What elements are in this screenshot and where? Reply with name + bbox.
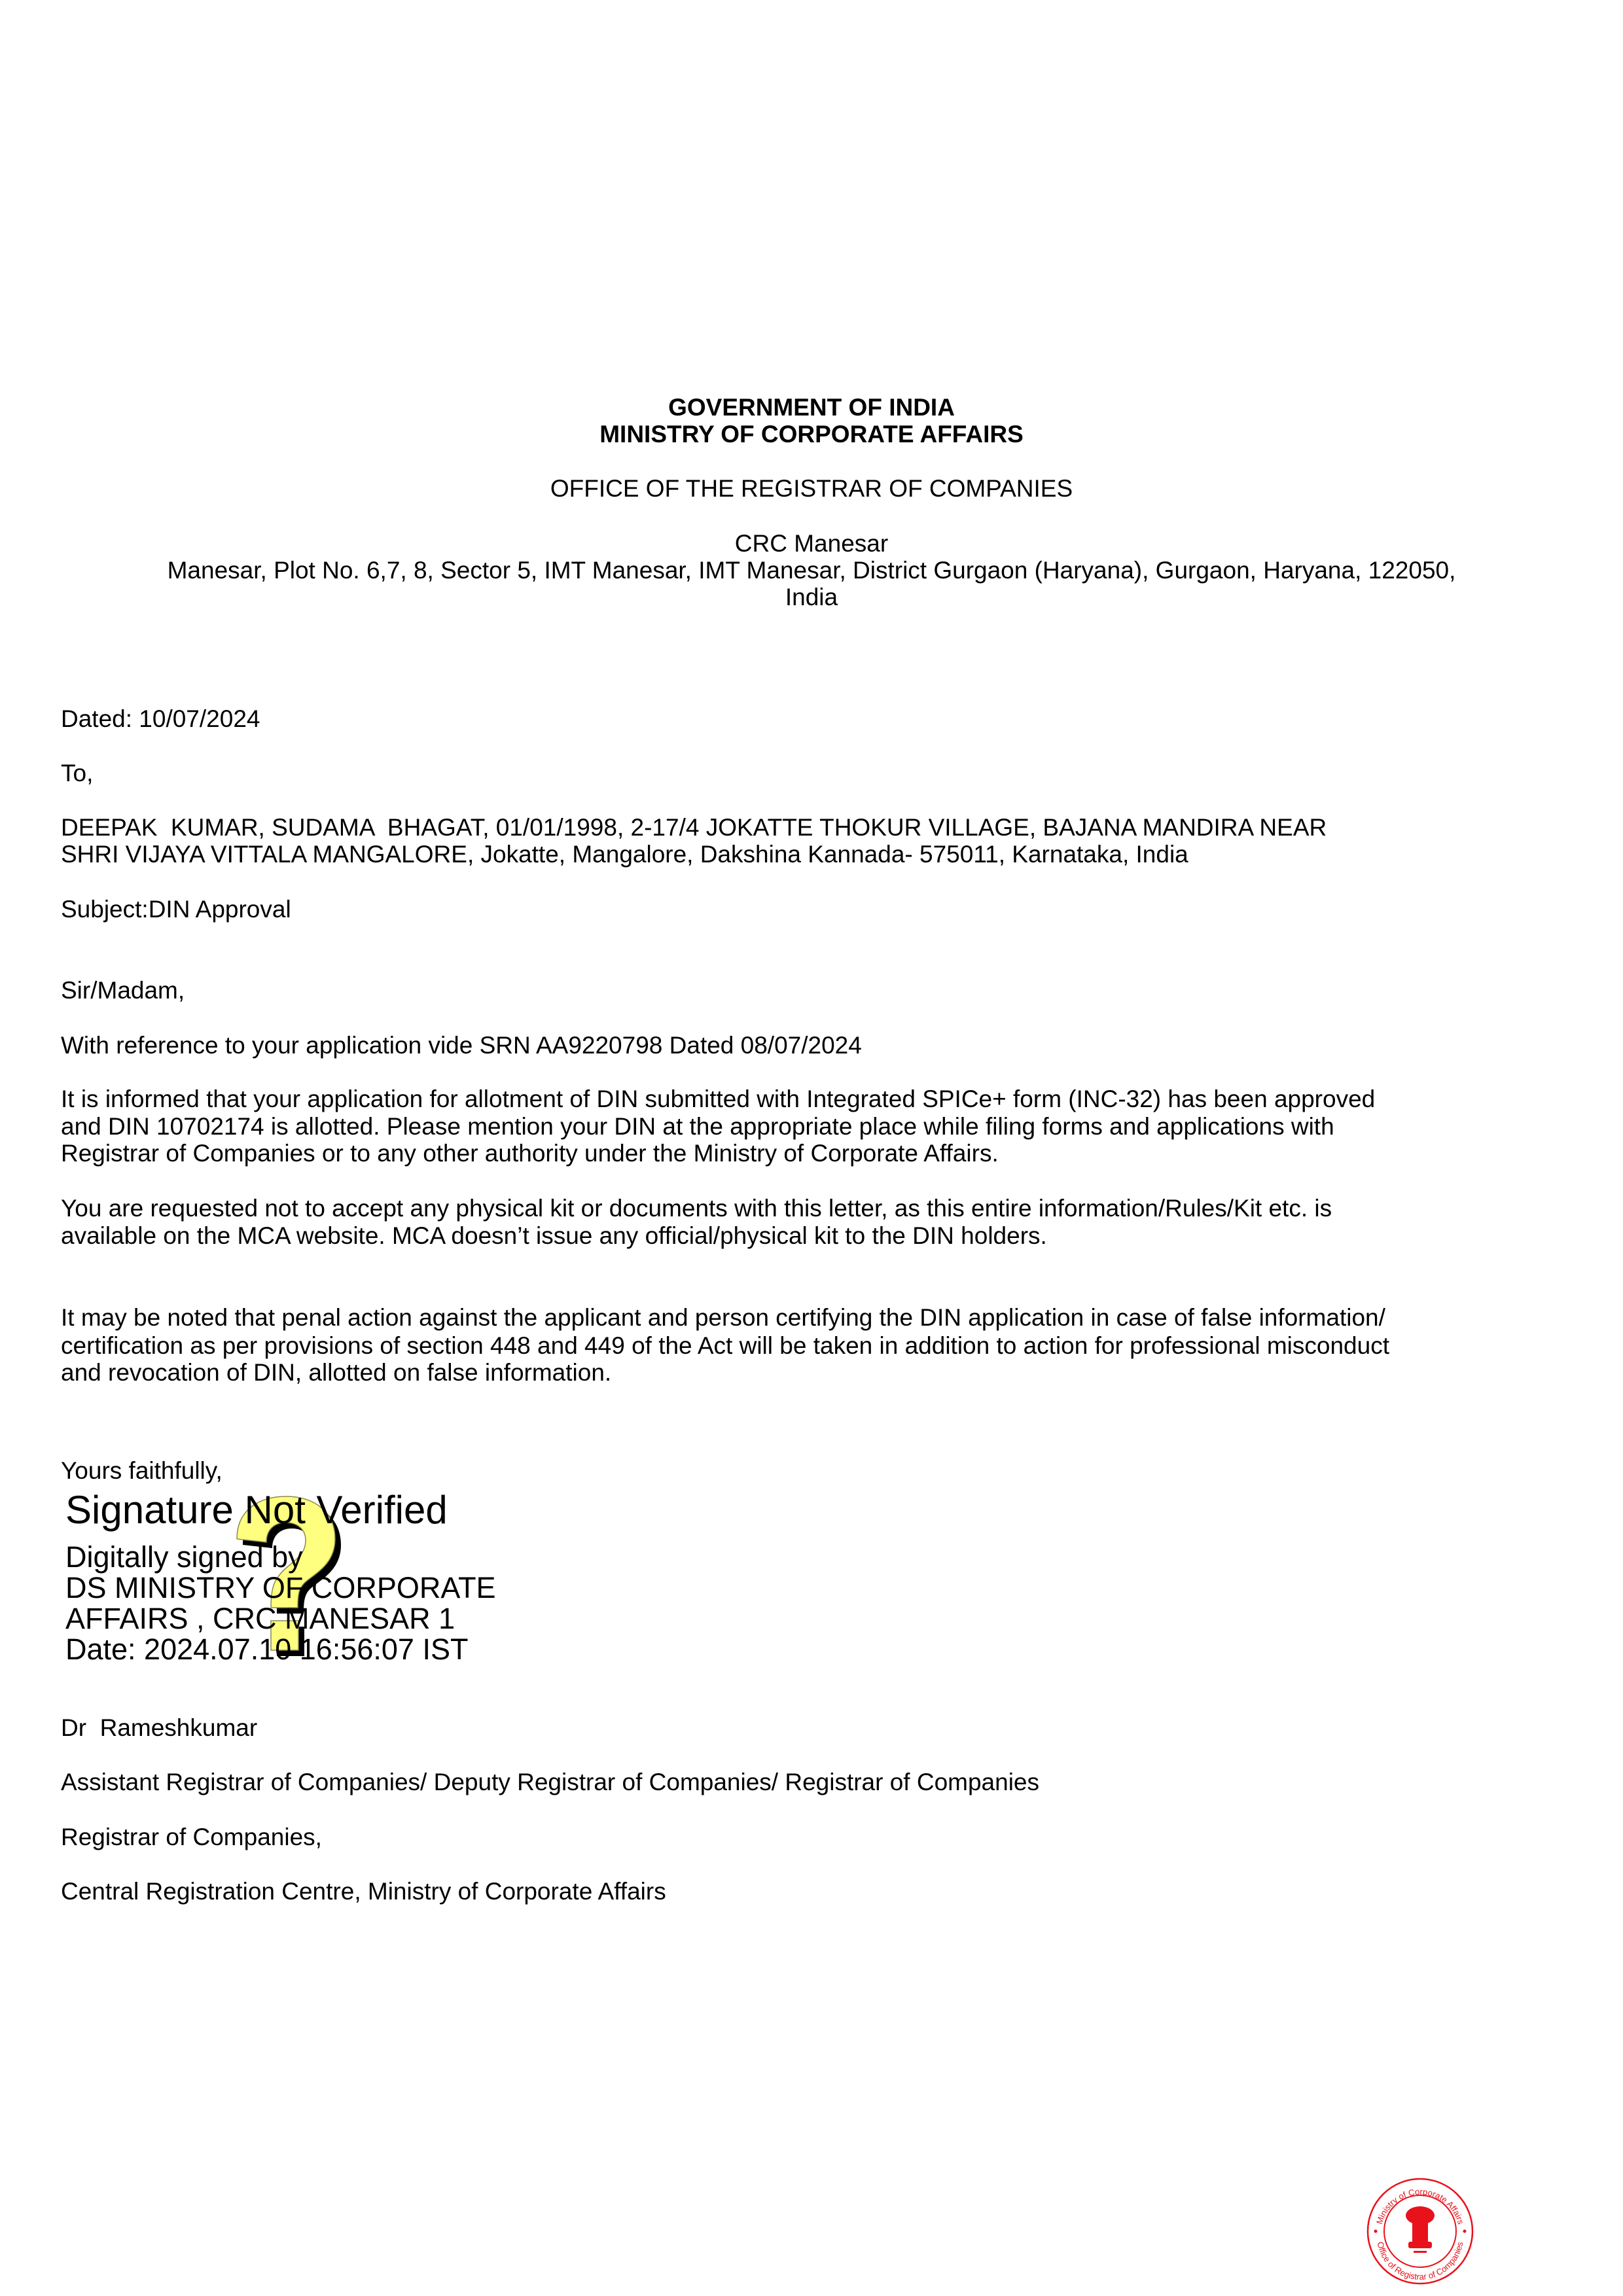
recipient-line-1: DEEPAK KUMAR, SUDAMA BHAGAT, 01/01/1998,… — [61, 815, 1327, 839]
letter-subject: Subject:DIN Approval — [61, 897, 291, 921]
signature-detail-4: Date: 2024.07.10 16:56:07 IST — [65, 1634, 468, 1664]
penal-line-2: certification as per provisions of secti… — [61, 1333, 1389, 1358]
kit-line-2: available on the MCA website. MCA doesn’… — [61, 1224, 1047, 1248]
signatory-office: Registrar of Companies, — [61, 1825, 322, 1849]
header-ministry: MINISTRY OF CORPORATE AFFAIRS — [0, 422, 1623, 446]
approval-line-3: Registrar of Companies or to any other a… — [61, 1141, 999, 1165]
ministry-seal-icon: Ministry of Corporate Affairs Office of … — [1363, 2174, 1478, 2289]
letter-reference: With reference to your application vide … — [61, 1033, 862, 1057]
penal-line-3: and revocation of DIN, allotted on false… — [61, 1360, 611, 1385]
kit-line-1: You are requested not to accept any phys… — [61, 1196, 1332, 1220]
approval-line-1: It is informed that your application for… — [61, 1087, 1375, 1111]
header-address-line-1: Manesar, Plot No. 6,7, 8, Sector 5, IMT … — [0, 558, 1623, 582]
approval-line-2: and DIN 10702174 is allotted. Please men… — [61, 1114, 1334, 1139]
penal-line-1: It may be noted that penal action agains… — [61, 1305, 1385, 1330]
signatory-name: Dr Rameshkumar — [61, 1716, 257, 1740]
signatory-designation: Assistant Registrar of Companies/ Deputy… — [61, 1770, 1039, 1794]
letter-salutation: Sir/Madam, — [61, 978, 185, 1002]
signature-detail-2: DS MINISTRY OF CORPORATE — [65, 1573, 496, 1602]
letter-closing: Yours faithfully, — [61, 1458, 223, 1483]
header-address-line-2: India — [0, 585, 1623, 609]
letter-to: To, — [61, 761, 93, 785]
signature-detail-3: AFFAIRS , CRC MANESAR 1 — [65, 1604, 455, 1633]
header-centre: CRC Manesar — [0, 531, 1623, 556]
signature-status: Signature Not Verified — [65, 1491, 448, 1530]
header-office: OFFICE OF THE REGISTRAR OF COMPANIES — [0, 476, 1623, 501]
recipient-line-2: SHRI VIJAYA VITTALA MANGALORE, Jokatte, … — [61, 842, 1188, 866]
signature-detail-1: Digitally signed by — [65, 1542, 303, 1572]
letter-date: Dated: 10/07/2024 — [61, 707, 260, 731]
header-government: GOVERNMENT OF INDIA — [0, 395, 1623, 419]
signatory-organisation: Central Registration Centre, Ministry of… — [61, 1879, 666, 1903]
